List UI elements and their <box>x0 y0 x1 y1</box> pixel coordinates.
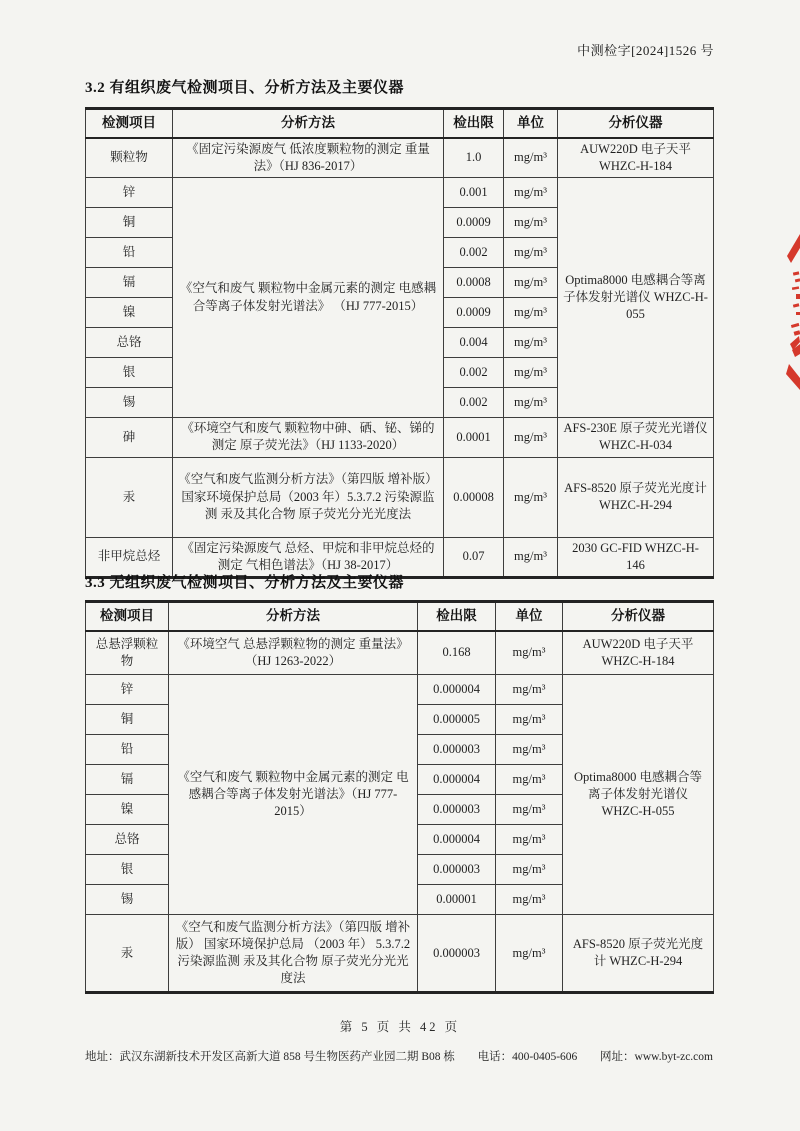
item-cell: 锡 <box>86 388 173 418</box>
unit-cell: mg/m³ <box>496 885 563 915</box>
unit-cell: mg/m³ <box>496 795 563 825</box>
footer-website: 网址：www.byt-zc.com <box>600 1048 713 1064</box>
footer-contact: 地址：武汉东湖新技术开发区高新大道 858 号生物医药产业园二期 B08 栋 电… <box>85 1048 713 1064</box>
column-header-method: 分析方法 <box>169 602 418 631</box>
item-cell: 铜 <box>86 705 169 735</box>
item-cell: 总铬 <box>86 328 173 358</box>
instrument-cell: AFS-8520 原子荧光光度计 WHZC-H-294 <box>563 915 714 993</box>
column-header-unit: 单位 <box>504 109 558 138</box>
method-cell: 《环境空气和废气 颗粒物中砷、硒、铋、锑的测定 原子荧光法》（HJ 1133-2… <box>173 418 444 458</box>
unit-cell: mg/m³ <box>504 328 558 358</box>
unit-cell: mg/m³ <box>504 208 558 238</box>
unit-cell: mg/m³ <box>504 457 558 537</box>
instrument-cell: AUW220D 电子天平 WHZC-H-184 <box>563 631 714 675</box>
limit-cell: 0.000004 <box>418 765 496 795</box>
item-cell: 镉 <box>86 765 169 795</box>
item-cell: 总悬浮颗粒物 <box>86 631 169 675</box>
item-cell: 锌 <box>86 178 173 208</box>
unit-cell: mg/m³ <box>504 238 558 268</box>
unit-cell: mg/m³ <box>504 178 558 208</box>
limit-cell: 0.000003 <box>418 915 496 993</box>
unit-cell: mg/m³ <box>496 915 563 993</box>
item-cell: 铅 <box>86 238 173 268</box>
instrument-cell: 2030 GC-FID WHZC-H-146 <box>558 537 714 578</box>
unit-cell: mg/m³ <box>496 631 563 675</box>
method-cell: 《空气和废气 颗粒物中金属元素的测定 电感耦合等离子体发射光谱法》（HJ 777… <box>169 675 418 915</box>
instrument-cell: AFS-230E 原子荧光光谱仪 WHZC-H-034 <box>558 418 714 458</box>
unit-cell: mg/m³ <box>496 855 563 885</box>
column-header-instrument: 分析仪器 <box>563 602 714 631</box>
item-cell: 镍 <box>86 298 173 328</box>
unit-cell: mg/m³ <box>496 675 563 705</box>
unit-cell: mg/m³ <box>504 388 558 418</box>
item-cell: 砷 <box>86 418 173 458</box>
red-stamp <box>786 232 800 392</box>
limit-cell: 0.00008 <box>444 457 504 537</box>
item-cell: 银 <box>86 855 169 885</box>
table-row: 砷 《环境空气和废气 颗粒物中砷、硒、铋、锑的测定 原子荧光法》（HJ 1133… <box>86 418 714 458</box>
limit-cell: 0.0008 <box>444 268 504 298</box>
unit-cell: mg/m³ <box>504 418 558 458</box>
item-cell: 汞 <box>86 915 169 993</box>
method-cell: 《空气和废气监测分析方法》（第四版 增补版） 国家环境保护总局 （2003 年）… <box>169 915 418 993</box>
limit-cell: 0.000003 <box>418 855 496 885</box>
item-cell: 汞 <box>86 457 173 537</box>
unit-cell: mg/m³ <box>504 268 558 298</box>
page-number: 第 5 页 共 42 页 <box>0 1017 800 1035</box>
limit-cell: 0.0009 <box>444 208 504 238</box>
limit-cell: 1.0 <box>444 138 504 178</box>
footer-phone: 电话：400-0405-606 <box>478 1048 578 1064</box>
table-row: 颗粒物 《固定污染源废气 低浓度颗粒物的测定 重量法》（HJ 836-2017）… <box>86 138 714 178</box>
footer-address: 地址：武汉东湖新技术开发区高新大道 858 号生物医药产业园二期 B08 栋 <box>85 1048 455 1064</box>
table-header-row: 检测项目 分析方法 检出限 单位 分析仪器 <box>86 109 714 138</box>
table-header-row: 检测项目 分析方法 检出限 单位 分析仪器 <box>86 602 714 631</box>
limit-cell: 0.000004 <box>418 675 496 705</box>
instrument-cell: Optima8000 电感耦合等离子体发射光谱仪 WHZC-H-055 <box>558 178 714 418</box>
method-cell: 《空气和废气监测分析方法》（第四版 增补版）国家环境保护总局（2003 年）5.… <box>173 457 444 537</box>
limit-cell: 0.00001 <box>418 885 496 915</box>
item-cell: 锡 <box>86 885 169 915</box>
limit-cell: 0.000004 <box>418 825 496 855</box>
unit-cell: mg/m³ <box>496 735 563 765</box>
column-header-item: 检测项目 <box>86 109 173 138</box>
table-row: 汞 《空气和废气监测分析方法》（第四版 增补版）国家环境保护总局（2003 年）… <box>86 457 714 537</box>
instrument-cell: AUW220D 电子天平 WHZC-H-184 <box>558 138 714 178</box>
section-3-3-title: 3.3 无组织废气检测项目、分析方法及主要仪器 <box>85 571 404 592</box>
organized-gas-table: 检测项目 分析方法 检出限 单位 分析仪器 颗粒物 《固定污染源废气 低浓度颗粒… <box>85 107 714 579</box>
unit-cell: mg/m³ <box>504 138 558 178</box>
item-cell: 铜 <box>86 208 173 238</box>
limit-cell: 0.000005 <box>418 705 496 735</box>
limit-cell: 0.0001 <box>444 418 504 458</box>
unit-cell: mg/m³ <box>496 825 563 855</box>
unit-cell: mg/m³ <box>496 765 563 795</box>
column-header-method: 分析方法 <box>173 109 444 138</box>
item-cell: 总铬 <box>86 825 169 855</box>
limit-cell: 0.168 <box>418 631 496 675</box>
column-header-unit: 单位 <box>496 602 563 631</box>
limit-cell: 0.0009 <box>444 298 504 328</box>
limit-cell: 0.001 <box>444 178 504 208</box>
unit-cell: mg/m³ <box>504 298 558 328</box>
unit-cell: mg/m³ <box>496 705 563 735</box>
unit-cell: mg/m³ <box>504 537 558 578</box>
table-row: 锌 《空气和废气 颗粒物中金属元素的测定 电感耦合等离子体发射光谱法》 （HJ … <box>86 178 714 208</box>
instrument-cell: AFS-8520 原子荧光光度计 WHZC-H-294 <box>558 457 714 537</box>
item-cell: 镉 <box>86 268 173 298</box>
unit-cell: mg/m³ <box>504 358 558 388</box>
limit-cell: 0.000003 <box>418 735 496 765</box>
limit-cell: 0.002 <box>444 388 504 418</box>
table-row: 总悬浮颗粒物 《环境空气 总悬浮颗粒物的测定 重量法》（HJ 1263-2022… <box>86 631 714 675</box>
limit-cell: 0.002 <box>444 238 504 268</box>
limit-cell: 0.07 <box>444 537 504 578</box>
section-3-2-title: 3.2 有组织废气检测项目、分析方法及主要仪器 <box>85 76 404 97</box>
limit-cell: 0.004 <box>444 328 504 358</box>
column-header-item: 检测项目 <box>86 602 169 631</box>
column-header-limit: 检出限 <box>444 109 504 138</box>
column-header-limit: 检出限 <box>418 602 496 631</box>
limit-cell: 0.000003 <box>418 795 496 825</box>
item-cell: 铅 <box>86 735 169 765</box>
fugitive-gas-table: 检测项目 分析方法 检出限 单位 分析仪器 总悬浮颗粒物 《环境空气 总悬浮颗粒… <box>85 600 714 994</box>
column-header-instrument: 分析仪器 <box>558 109 714 138</box>
document-page: 中测检字[2024]1526 号 3.2 有组织废气检测项目、分析方法及主要仪器… <box>0 0 800 1131</box>
item-cell: 颗粒物 <box>86 138 173 178</box>
method-cell: 《空气和废气 颗粒物中金属元素的测定 电感耦合等离子体发射光谱法》 （HJ 77… <box>173 178 444 418</box>
doc-number: 中测检字[2024]1526 号 <box>577 40 714 59</box>
table-row: 锌 《空气和废气 颗粒物中金属元素的测定 电感耦合等离子体发射光谱法》（HJ 7… <box>86 675 714 705</box>
limit-cell: 0.002 <box>444 358 504 388</box>
item-cell: 镍 <box>86 795 169 825</box>
item-cell: 锌 <box>86 675 169 705</box>
method-cell: 《固定污染源废气 低浓度颗粒物的测定 重量法》（HJ 836-2017） <box>173 138 444 178</box>
table-row: 汞 《空气和废气监测分析方法》（第四版 增补版） 国家环境保护总局 （2003 … <box>86 915 714 993</box>
red-stamp-fragment <box>786 232 800 392</box>
item-cell: 银 <box>86 358 173 388</box>
instrument-cell: Optima8000 电感耦合等离子体发射光谱仪 WHZC-H-055 <box>563 675 714 915</box>
method-cell: 《环境空气 总悬浮颗粒物的测定 重量法》（HJ 1263-2022） <box>169 631 418 675</box>
